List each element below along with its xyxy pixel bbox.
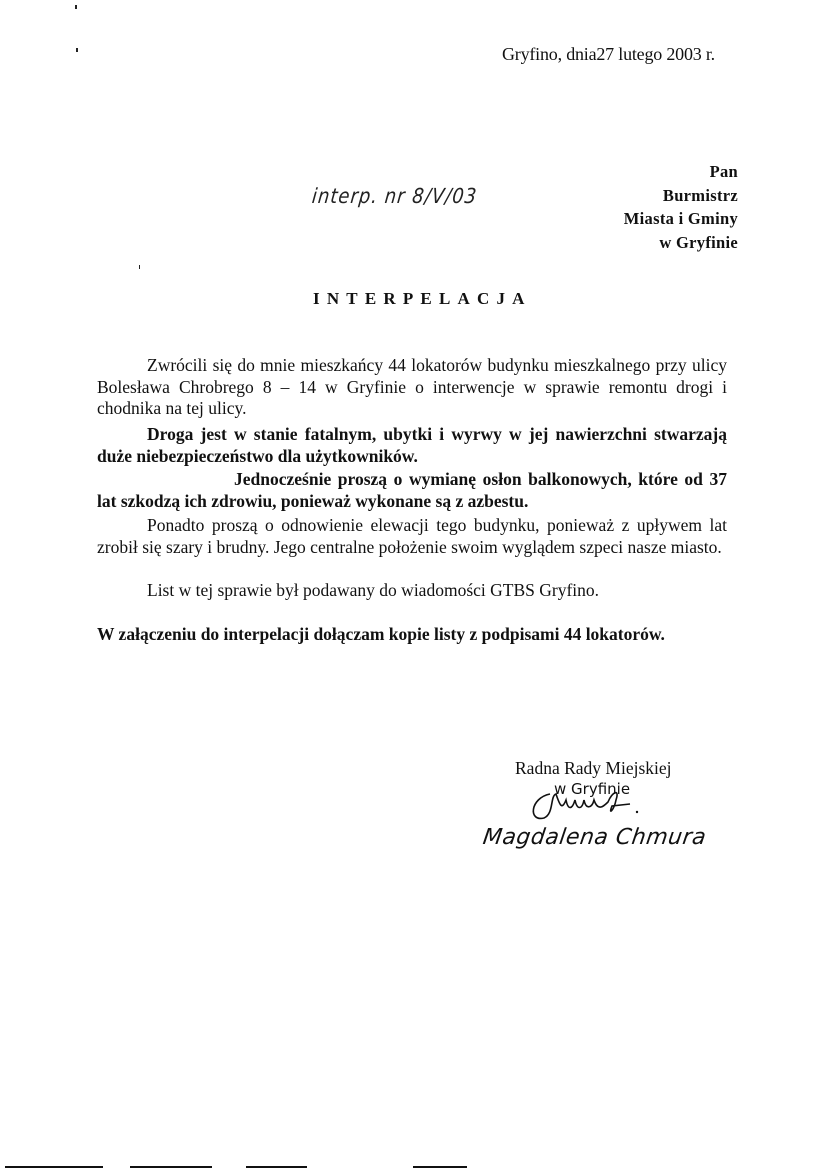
scan-edge-line <box>413 1166 467 1168</box>
paragraph: List w tej sprawie był podawany do wiado… <box>97 580 727 602</box>
place-date: Gryfino, dnia27 lutego 2003 r. <box>502 44 715 65</box>
attachment-note: W załączeniu do interpelacji dołączam ko… <box>97 624 727 646</box>
addressee-line: Miasta i Gminy <box>624 207 738 231</box>
document-title: INTERPELACJA <box>313 289 532 309</box>
signature-name: Magdalena Chmura <box>481 825 708 850</box>
scan-mark <box>76 48 78 52</box>
addressee-line: w Gryfinie <box>624 231 738 255</box>
addressee-block: Pan Burmistrz Miasta i Gminy w Gryfinie <box>624 160 738 254</box>
paragraph: Jednocześnie proszą o wymianę osłon balk… <box>97 469 727 512</box>
addressee-line: Burmistrz <box>624 184 738 208</box>
scan-mark <box>139 265 140 269</box>
scan-edge-line <box>246 1166 307 1168</box>
paragraph: Ponadto proszą o odnowienie elewacji teg… <box>97 515 727 558</box>
handwritten-reference: interp. nr 8/V/03 <box>311 184 479 208</box>
paragraph: Droga jest w stanie fatalnym, ubytki i w… <box>97 424 727 467</box>
handwritten-signature <box>520 786 670 826</box>
scan-edge-line <box>130 1166 212 1168</box>
scan-edge-line <box>5 1166 103 1168</box>
signature-title: Radna Rady Miejskiej <box>515 758 672 779</box>
addressee-line: Pan <box>624 160 738 184</box>
scan-mark <box>75 5 77 9</box>
paragraph: Zwrócili się do mnie mieszkańcy 44 lokat… <box>97 355 727 420</box>
